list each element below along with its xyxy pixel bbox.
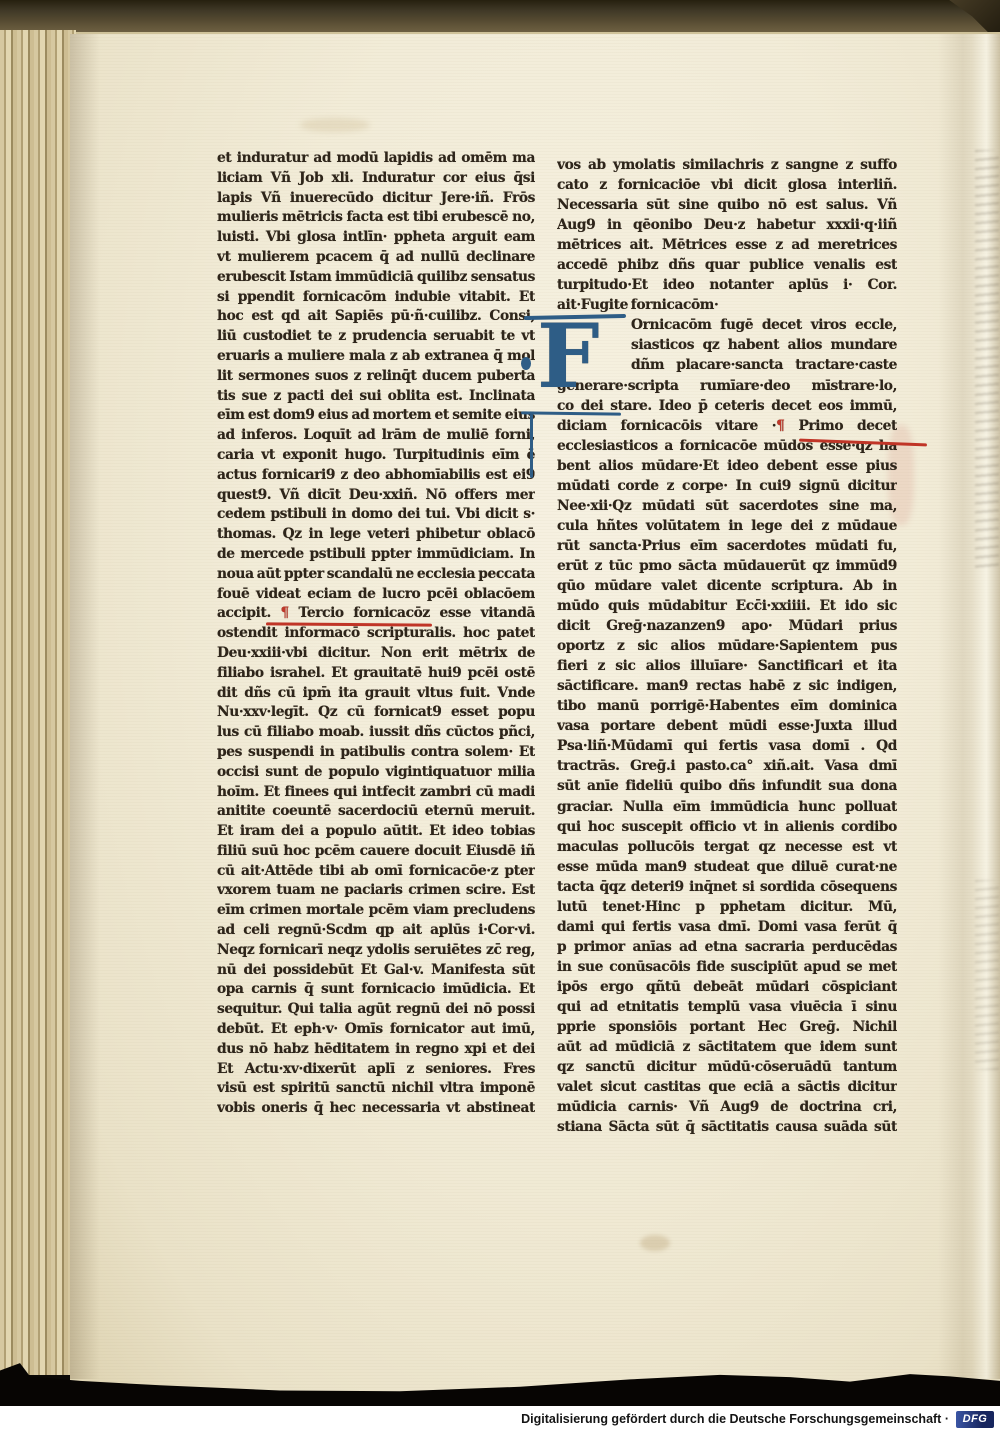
text-line: opa carnis q̄ sunt fornicacio imūdicia. …	[217, 980, 535, 1000]
text-line: accedē phibz dñs quar publice venalis es…	[557, 255, 897, 275]
text-line: et induratur ad modū lapidis ad omēm ma	[217, 149, 535, 169]
text-line: cula hñtes volūtatem in lege dei z mūdau…	[557, 516, 897, 536]
text-line: noua aūt ppter scandalū ne ecclesia pecc…	[217, 565, 535, 585]
text-line: vxorem tuam ne paciaris crimen scire. Es…	[217, 881, 535, 901]
text-line: Nee·xii·Qz mūdati sūt sacerdotes sine ma…	[557, 496, 897, 516]
text-line: mūdicia carnis· Vñ Aug9 de doctrina cri,	[557, 1097, 897, 1117]
text-line: filiū suū hoc pcēm cauere docuit Eiusdē …	[217, 842, 535, 862]
text-line: erūt z tūc pmo sācta mūdauerūt qz immūd9	[557, 556, 897, 576]
text-line: eruaris a muliere mala z ab extranea q̄ …	[217, 347, 535, 367]
text-line: qui ad etnitatis templū vasa viuēcia ī s…	[557, 997, 897, 1017]
text-line: Aug9 in qēonibo Deu·z habetur xxxii·q·ii…	[557, 215, 897, 235]
text-line: mētrices ait. Mētrices esse z ad meretri…	[557, 235, 897, 255]
text-line: thomas. Qz in lege veteri phibetur oblac…	[217, 525, 535, 545]
ghost-text-bleed	[975, 150, 999, 570]
text-line: aūt ad mūdiciā z sāctitatem que idem sun…	[557, 1037, 897, 1057]
text-line: debūt. Et eph·v· Omīs fornicator aut imū…	[217, 1020, 535, 1040]
text-line: ipōs ergo qñtū debeāt mūdari cōspiciant	[557, 977, 897, 997]
text-line: cedem pstibuli in domo dei tui. Vbi dici…	[217, 505, 535, 525]
text-line: sūt anīe fideliū quibo dñs infundit sua …	[557, 776, 897, 796]
book-top-edge	[0, 0, 1000, 34]
text-line: ait·Fugite fornicacōm·	[557, 295, 897, 315]
text-line: maculas pollucōis tergat qz necesse est …	[557, 837, 897, 857]
text-line: dicit Greḡ·nazanzen9 apo· Mūdari prius	[557, 616, 897, 636]
dfg-logo: DFG	[956, 1411, 994, 1428]
text-line: caria vt exponit hugo. Turpitudinis eīm …	[217, 446, 535, 466]
text-line: dami qui fertis vasa dmī. Domi vasa ferū…	[557, 917, 897, 937]
text-line: de mercede pstibuli ppter immūdiciam. In	[217, 545, 535, 565]
text-line: turpitudo·Et ideo notanter aplūs i· Cor.	[557, 275, 897, 295]
gutter-shadow	[70, 34, 100, 1379]
text-line: tibo manū porrigē·Habentes eīm dominica	[557, 696, 897, 716]
ghost-text-bleed	[975, 880, 999, 1070]
text-line: mulieris mētricis facta est tibi erubesc…	[217, 208, 535, 228]
text-line: p primor anīas ad etna sacraria perducēd…	[557, 937, 897, 957]
text-line: qz sanctū dicitur mūdū·cōseruādū tantum	[557, 1057, 897, 1077]
manuscript-scan: et induratur ad modū lapidis ad omēm mal…	[0, 0, 1000, 1432]
text-line: liū custodiet te z prudencia seruabit te…	[217, 327, 535, 347]
text-line: quest9. Vñ dicīt Deu·xxiñ. Nō offers mer	[217, 486, 535, 506]
right-text-column: F vos ab ymolatis similachris z sangne z…	[557, 155, 897, 1137]
text-line: Necessaria sūt sine quibo nō est salus. …	[557, 195, 897, 215]
text-line: nū dei possidebūt Et Gal·v. Manifesta sū…	[217, 961, 535, 981]
text-line: tacta q̄qz deteri9 inq̄net si sordida cō…	[557, 877, 897, 897]
text-line: Deu·xxiii·vbi dicitur. Non erit mētrix d…	[217, 644, 535, 664]
text-line: stiana Sācta sūt q̄ sāctitatis causa suā…	[557, 1117, 897, 1137]
text-line: dit dñs cū ipm̄ ita grauit vltus fuit. V…	[217, 684, 535, 704]
text-line: hoc est qd ait Sapiēs pū·ñ·cuilibz. Cons…	[217, 307, 535, 327]
text-line: vos ab ymolatis similachris z sangne z s…	[557, 155, 897, 175]
initial-flourish-tail	[530, 414, 533, 478]
text-line: vasa portare debent mūdi esse·Juxta illu…	[557, 716, 897, 736]
text-line: filiabo israhel. Et grauitatē hui9 pcēi …	[217, 664, 535, 684]
text-line: ad celi regnū·Scdm qp ait aplūs i·Cor·vi…	[217, 921, 535, 941]
text-line: rūt sancta·Prius eīm sacerdotes mūdati f…	[557, 536, 897, 556]
text-line: vobis oneris q̄ hec necessaria vt abstin…	[217, 1099, 535, 1119]
aging-spot	[640, 1235, 670, 1251]
text-line: eīm est dom9 eius ad mortem et semite ei…	[217, 406, 535, 426]
text-line: tis sue z pacti dei sui oblita est. Incl…	[217, 387, 535, 407]
text-line: mūdati corde z corpe· In cui9 signū dici…	[557, 476, 897, 496]
text-line: lutū tenet·Hinc p pphetam dicitur. Mū,	[557, 897, 897, 917]
text-line: oportz z sic alios mūdare·Sapientem pus	[557, 636, 897, 656]
text-line: anitite coeuntē sacerdociū eternū meruit…	[217, 802, 535, 822]
initial-flourish-bottom	[521, 411, 621, 415]
text-line: dus nō habz hēditatem in regno xpi et de…	[217, 1040, 535, 1060]
text-line: qui hoc suscepit officio vt in alienis c…	[557, 817, 897, 837]
text-line: tractrās. Greḡ.i pasto.ca° xiñ.ait. Vasa…	[557, 756, 897, 776]
text-line: qūo mūdare valet dicente scriptura. Ab i…	[557, 576, 897, 596]
initial-flourish-knob	[521, 357, 531, 370]
text-line: fouē videat eciam de lucro pcēi oblacōem	[217, 585, 535, 605]
text-line: esse mūda man9 studeat que diluē curat·n…	[557, 857, 897, 877]
text-line: bent alios mūdare·Et ideo debent esse pi…	[557, 456, 897, 476]
page-block-edge	[0, 30, 76, 1375]
illuminated-initial: F	[527, 315, 621, 417]
aging-spot	[300, 118, 370, 132]
text-line: fieri z sic alios illuīare· Sanctificari…	[557, 656, 897, 676]
left-text-column: et induratur ad modū lapidis ad omēm mal…	[217, 149, 535, 1119]
text-line: Psa·liñ·Mūdamī qui fertis vasa domī . Qd	[557, 736, 897, 756]
text-line: in sue conūsacōis fide suscipiūt apud se…	[557, 957, 897, 977]
text-line: graciar. Nulla eīm immūdicia hunc pollua…	[557, 797, 897, 817]
text-line: Nu·xxv·legīt. Qz cū fornicat9 esset popu	[217, 703, 535, 723]
credit-text: Digitalisierung gefördert durch die Deut…	[521, 1412, 949, 1426]
text-line: luisti. Vbi glosa intlīn· ppheta arguit …	[217, 228, 535, 248]
text-line: lapis Vñ inuerecūdo dicitur Jere·iñ. Frō…	[217, 189, 535, 209]
text-line: ad inferos. Loquīt ad lrām de muliē forn…	[217, 426, 535, 446]
text-line: visū est spiritū sanctū nichil vltra imp…	[217, 1079, 535, 1099]
text-line: cato z fornicaciōe vbi dicit glosa inter…	[557, 175, 897, 195]
text-line: ecclesiasticos a fornicacōe mūdos esse·q…	[557, 436, 897, 456]
text-line: sequitur. Qui talia agūt regnū dei nō po…	[217, 1000, 535, 1020]
text-line: si ppendit fornicacōm indubie vitabit. E…	[217, 288, 535, 308]
text-line: liciam Vñ Job xli. Induratur cor eius q̄…	[217, 169, 535, 189]
text-line: vt mulierem pcacem q̄ ad nullū declinare	[217, 248, 535, 268]
text-line: occisi sunt de populo vigintiquatuor mil…	[217, 763, 535, 783]
text-line: Et Actu·xv·dixerūt aplī z seniores. Fres	[217, 1060, 535, 1080]
initial-letter: F	[537, 307, 599, 405]
text-line: pes suspendi in patibulis contra solem· …	[217, 743, 535, 763]
text-line: erubescit Istam immūdiciā quilibz sensat…	[217, 268, 535, 288]
text-line: Neqz fornicarī neqz ydolis seruiētes zc̄…	[217, 941, 535, 961]
digitization-credit-bar: Digitalisierung gefördert durch die Deut…	[0, 1406, 1000, 1432]
text-line: hoīm. Et finees qui intfecit zambri cū m…	[217, 783, 535, 803]
text-line: accipit. ¶ Tercio fornicacōz esse vitand…	[217, 604, 535, 624]
text-line: lus cū filiabo moab. iussit dñs cūctos p…	[217, 723, 535, 743]
text-line: diciam fornicacōis vitare ·¶ Primo decet	[557, 416, 897, 436]
text-line: Et iram dei a populo aūtit. Et ideo tobi…	[217, 822, 535, 842]
text-line: mūdo quis mūdabitur Ecc̄i·xxiiii. Et ido…	[557, 596, 897, 616]
text-line: ostendit informacō scripturalis. hoc pat…	[217, 624, 535, 644]
text-line: valet sicut castitas que eciā a sāctis d…	[557, 1077, 897, 1097]
text-line: lit sermones suos z relinq̄t ducem puber…	[217, 367, 535, 387]
text-line: pprie sponsiōis portant Hec Greḡ. Nichil	[557, 1017, 897, 1037]
text-line: actus fornicari9 z deo abhomīabilis est …	[217, 466, 535, 486]
text-line: cū ait·Attēde tibi ab omī fornicacōe·z p…	[217, 862, 535, 882]
text-line: sāctificare. man9 rectas habē z sic indi…	[557, 676, 897, 696]
text-line: eīm crimen mortale pcēm viam precludens	[217, 901, 535, 921]
